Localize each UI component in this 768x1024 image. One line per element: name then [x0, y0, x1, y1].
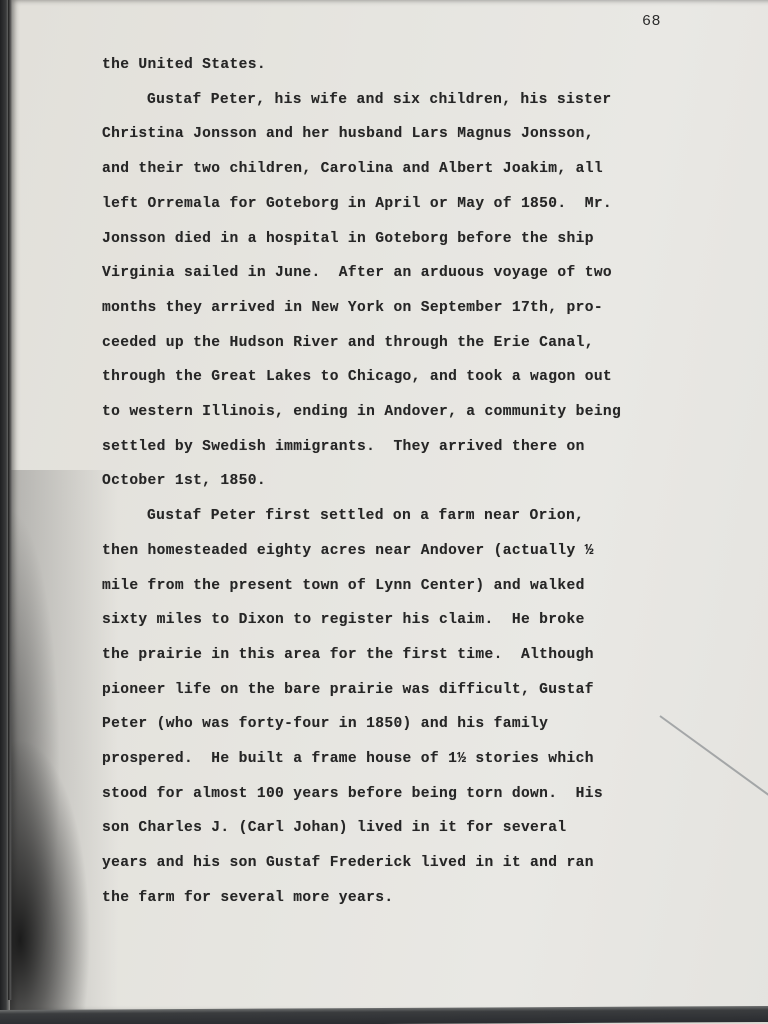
text-line: Jonsson died in a hospital in Goteborg b… [102, 222, 742, 257]
text-line: prospered. He built a frame house of 1½ … [102, 742, 742, 777]
page-number: 68 [642, 13, 661, 30]
text-line: ceeded up the Hudson River and through t… [102, 326, 742, 361]
text-line: the prairie in this area for the first t… [102, 638, 742, 673]
paragraph-start-line: Gustaf Peter first settled on a farm nea… [102, 499, 742, 534]
text-line: October 1st, 1850. [102, 464, 742, 499]
text-line: Christina Jonsson and her husband Lars M… [102, 117, 742, 152]
photo-scene: 68 the United States.Gustaf Peter, his w… [0, 0, 768, 1024]
body-text: the United States.Gustaf Peter, his wife… [102, 48, 742, 916]
text-line: settled by Swedish immigrants. They arri… [102, 430, 742, 465]
text-line: then homesteaded eighty acres near Andov… [102, 534, 742, 569]
text-line: son Charles J. (Carl Johan) lived in it … [102, 811, 742, 846]
text-line: Peter (who was forty-four in 1850) and h… [102, 707, 742, 742]
text-line: months they arrived in New York on Septe… [102, 291, 742, 326]
text-line: the farm for several more years. [102, 881, 742, 916]
page-edge-shadow [8, 0, 12, 1000]
text-line: left Orremala for Goteborg in April or M… [102, 187, 742, 222]
text-line: to western Illinois, ending in Andover, … [102, 395, 742, 430]
paragraph-start-line: Gustaf Peter, his wife and six children,… [102, 83, 742, 118]
text-line: mile from the present town of Lynn Cente… [102, 569, 742, 604]
text-line: through the Great Lakes to Chicago, and … [102, 360, 742, 395]
typewritten-page: 68 the United States.Gustaf Peter, his w… [10, 0, 768, 1012]
text-line: sixty miles to Dixon to register his cla… [102, 603, 742, 638]
text-line: stood for almost 100 years before being … [102, 777, 742, 812]
text-line: and their two children, Carolina and Alb… [102, 152, 742, 187]
binder-edge [0, 1006, 768, 1024]
text-line: years and his son Gustaf Frederick lived… [102, 846, 742, 881]
text-line: Virginia sailed in June. After an arduou… [102, 256, 742, 291]
text-line: pioneer life on the bare prairie was dif… [102, 673, 742, 708]
text-line: the United States. [102, 48, 742, 83]
